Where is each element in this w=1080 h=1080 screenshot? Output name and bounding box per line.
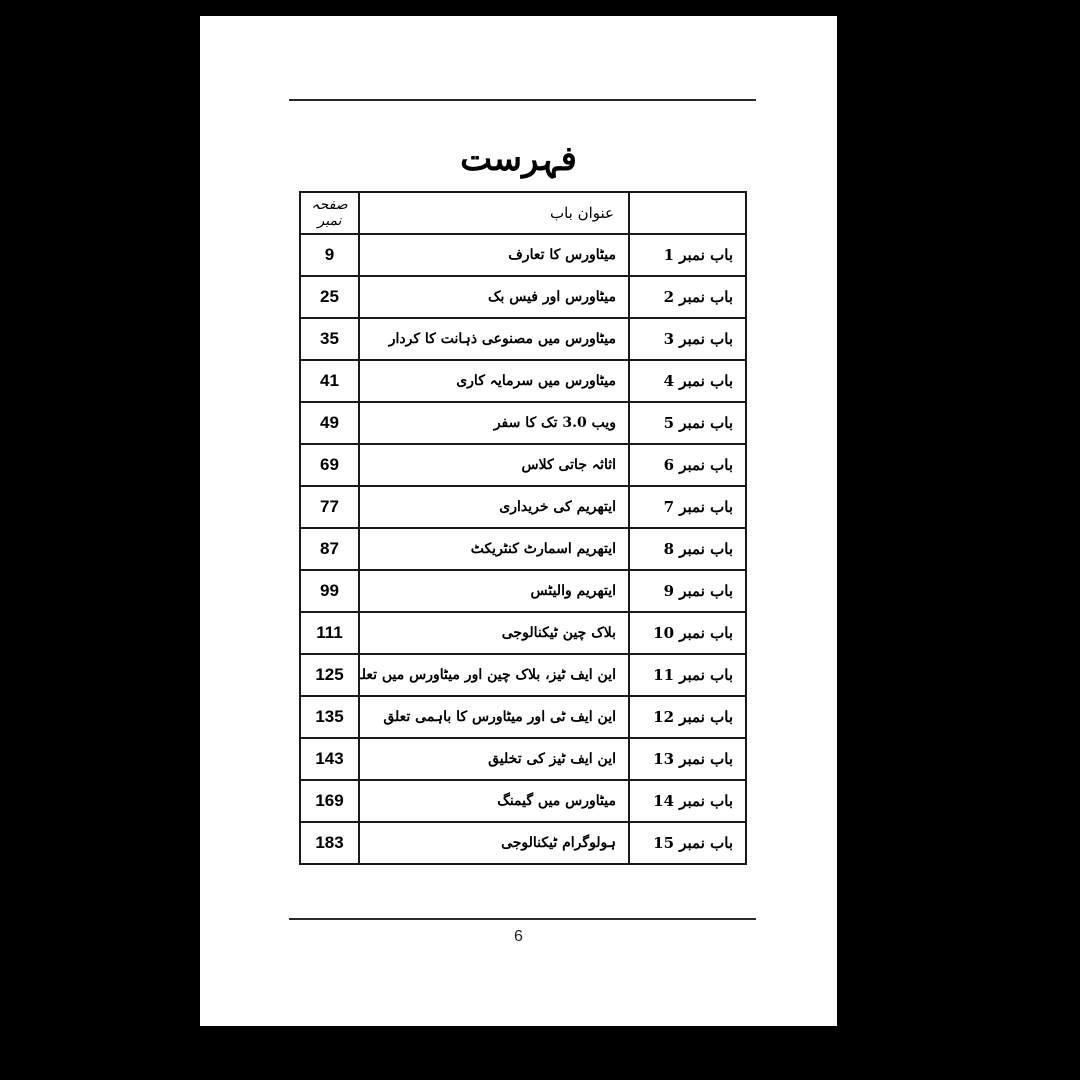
row-page-number: 143 (300, 738, 359, 780)
row-chapter-title: اثاثہ جاتی کلاس (359, 444, 629, 486)
row-chapter-label: باب نمبر 14 (629, 780, 746, 822)
row-chapter-label: باب نمبر 5 (629, 402, 746, 444)
row-page-number: 9 (300, 234, 359, 276)
row-chapter-title: میٹاورس اور فیس بک (359, 276, 629, 318)
row-chapter-title: ایتھریم کی خریداری (359, 486, 629, 528)
row-chapter-title: ایتھریم اسمارٹ کنٹریکٹ (359, 528, 629, 570)
table-of-contents: صفحہ نمبر عنوان باب 9 میٹاورس کا تعارف ب… (299, 191, 747, 865)
row-chapter-label: باب نمبر 2 (629, 276, 746, 318)
table-header-row: صفحہ نمبر عنوان باب (300, 192, 746, 234)
row-chapter-title: بلاک چین ٹیکنالوجی (359, 612, 629, 654)
table-row: 41 میٹاورس میں سرمایہ کاری باب نمبر 4 (300, 360, 746, 402)
row-chapter-label: باب نمبر 6 (629, 444, 746, 486)
row-chapter-label: باب نمبر 15 (629, 822, 746, 864)
page-title: فہرست (200, 134, 837, 184)
table-row: 49 ویب 3.0 تک کا سفر باب نمبر 5 (300, 402, 746, 444)
header-chapter-title: عنوان باب (359, 192, 629, 234)
row-chapter-label: باب نمبر 8 (629, 528, 746, 570)
row-page-number: 69 (300, 444, 359, 486)
row-chapter-label: باب نمبر 13 (629, 738, 746, 780)
table-row: 169 میٹاورس میں گیمنگ باب نمبر 14 (300, 780, 746, 822)
table-row: 135 این ایف ٹی اور میٹاورس کا باہمی تعلق… (300, 696, 746, 738)
row-page-number: 135 (300, 696, 359, 738)
row-page-number: 125 (300, 654, 359, 696)
top-rule (289, 99, 756, 101)
row-page-number: 183 (300, 822, 359, 864)
row-chapter-label: باب نمبر 9 (629, 570, 746, 612)
book-page: فہرست صفحہ نمبر عنوان باب 9 میٹاورس کا ت… (200, 16, 837, 1026)
table-row: 77 ایتھریم کی خریداری باب نمبر 7 (300, 486, 746, 528)
header-page-number: صفحہ نمبر (300, 192, 359, 234)
row-chapter-title: میٹاورس میں سرمایہ کاری (359, 360, 629, 402)
row-chapter-title: ایتھریم والیٹس (359, 570, 629, 612)
row-chapter-label: باب نمبر 12 (629, 696, 746, 738)
row-page-number: 25 (300, 276, 359, 318)
row-chapter-label: باب نمبر 11 (629, 654, 746, 696)
row-page-number: 111 (300, 612, 359, 654)
table-row: 69 اثاثہ جاتی کلاس باب نمبر 6 (300, 444, 746, 486)
table-row: 9 میٹاورس کا تعارف باب نمبر 1 (300, 234, 746, 276)
header-chapter (629, 192, 746, 234)
row-chapter-label: باب نمبر 4 (629, 360, 746, 402)
row-page-number: 87 (300, 528, 359, 570)
row-page-number: 169 (300, 780, 359, 822)
row-chapter-label: باب نمبر 7 (629, 486, 746, 528)
row-chapter-title: میٹاورس میں مصنوعی ذہانت کا کردار (359, 318, 629, 360)
row-page-number: 77 (300, 486, 359, 528)
row-page-number: 35 (300, 318, 359, 360)
row-chapter-title: ویب 3.0 تک کا سفر (359, 402, 629, 444)
row-chapter-label: باب نمبر 1 (629, 234, 746, 276)
row-page-number: 99 (300, 570, 359, 612)
table-row: 111 بلاک چین ٹیکنالوجی باب نمبر 10 (300, 612, 746, 654)
table-row: 35 میٹاورس میں مصنوعی ذہانت کا کردار باب… (300, 318, 746, 360)
row-chapter-title: این ایف ٹی اور میٹاورس کا باہمی تعلق (359, 696, 629, 738)
row-chapter-label: باب نمبر 3 (629, 318, 746, 360)
table-row: 183 ہولوگرام ٹیکنالوجی باب نمبر 15 (300, 822, 746, 864)
row-page-number: 41 (300, 360, 359, 402)
page-number: 6 (200, 928, 837, 946)
row-chapter-title: این ایف ٹیز کی تخلیق (359, 738, 629, 780)
table-row: 99 ایتھریم والیٹس باب نمبر 9 (300, 570, 746, 612)
bottom-rule (289, 918, 756, 920)
table-row: 143 این ایف ٹیز کی تخلیق باب نمبر 13 (300, 738, 746, 780)
row-chapter-title: میٹاورس کا تعارف (359, 234, 629, 276)
row-chapter-title: ہولوگرام ٹیکنالوجی (359, 822, 629, 864)
table-row: 25 میٹاورس اور فیس بک باب نمبر 2 (300, 276, 746, 318)
table-row: 87 ایتھریم اسمارٹ کنٹریکٹ باب نمبر 8 (300, 528, 746, 570)
row-page-number: 49 (300, 402, 359, 444)
row-chapter-title: این ایف ٹیز، بلاک چین اور میٹاورس میں تع… (359, 654, 629, 696)
row-chapter-title: میٹاورس میں گیمنگ (359, 780, 629, 822)
row-chapter-label: باب نمبر 10 (629, 612, 746, 654)
table-row: 125 این ایف ٹیز، بلاک چین اور میٹاورس می… (300, 654, 746, 696)
